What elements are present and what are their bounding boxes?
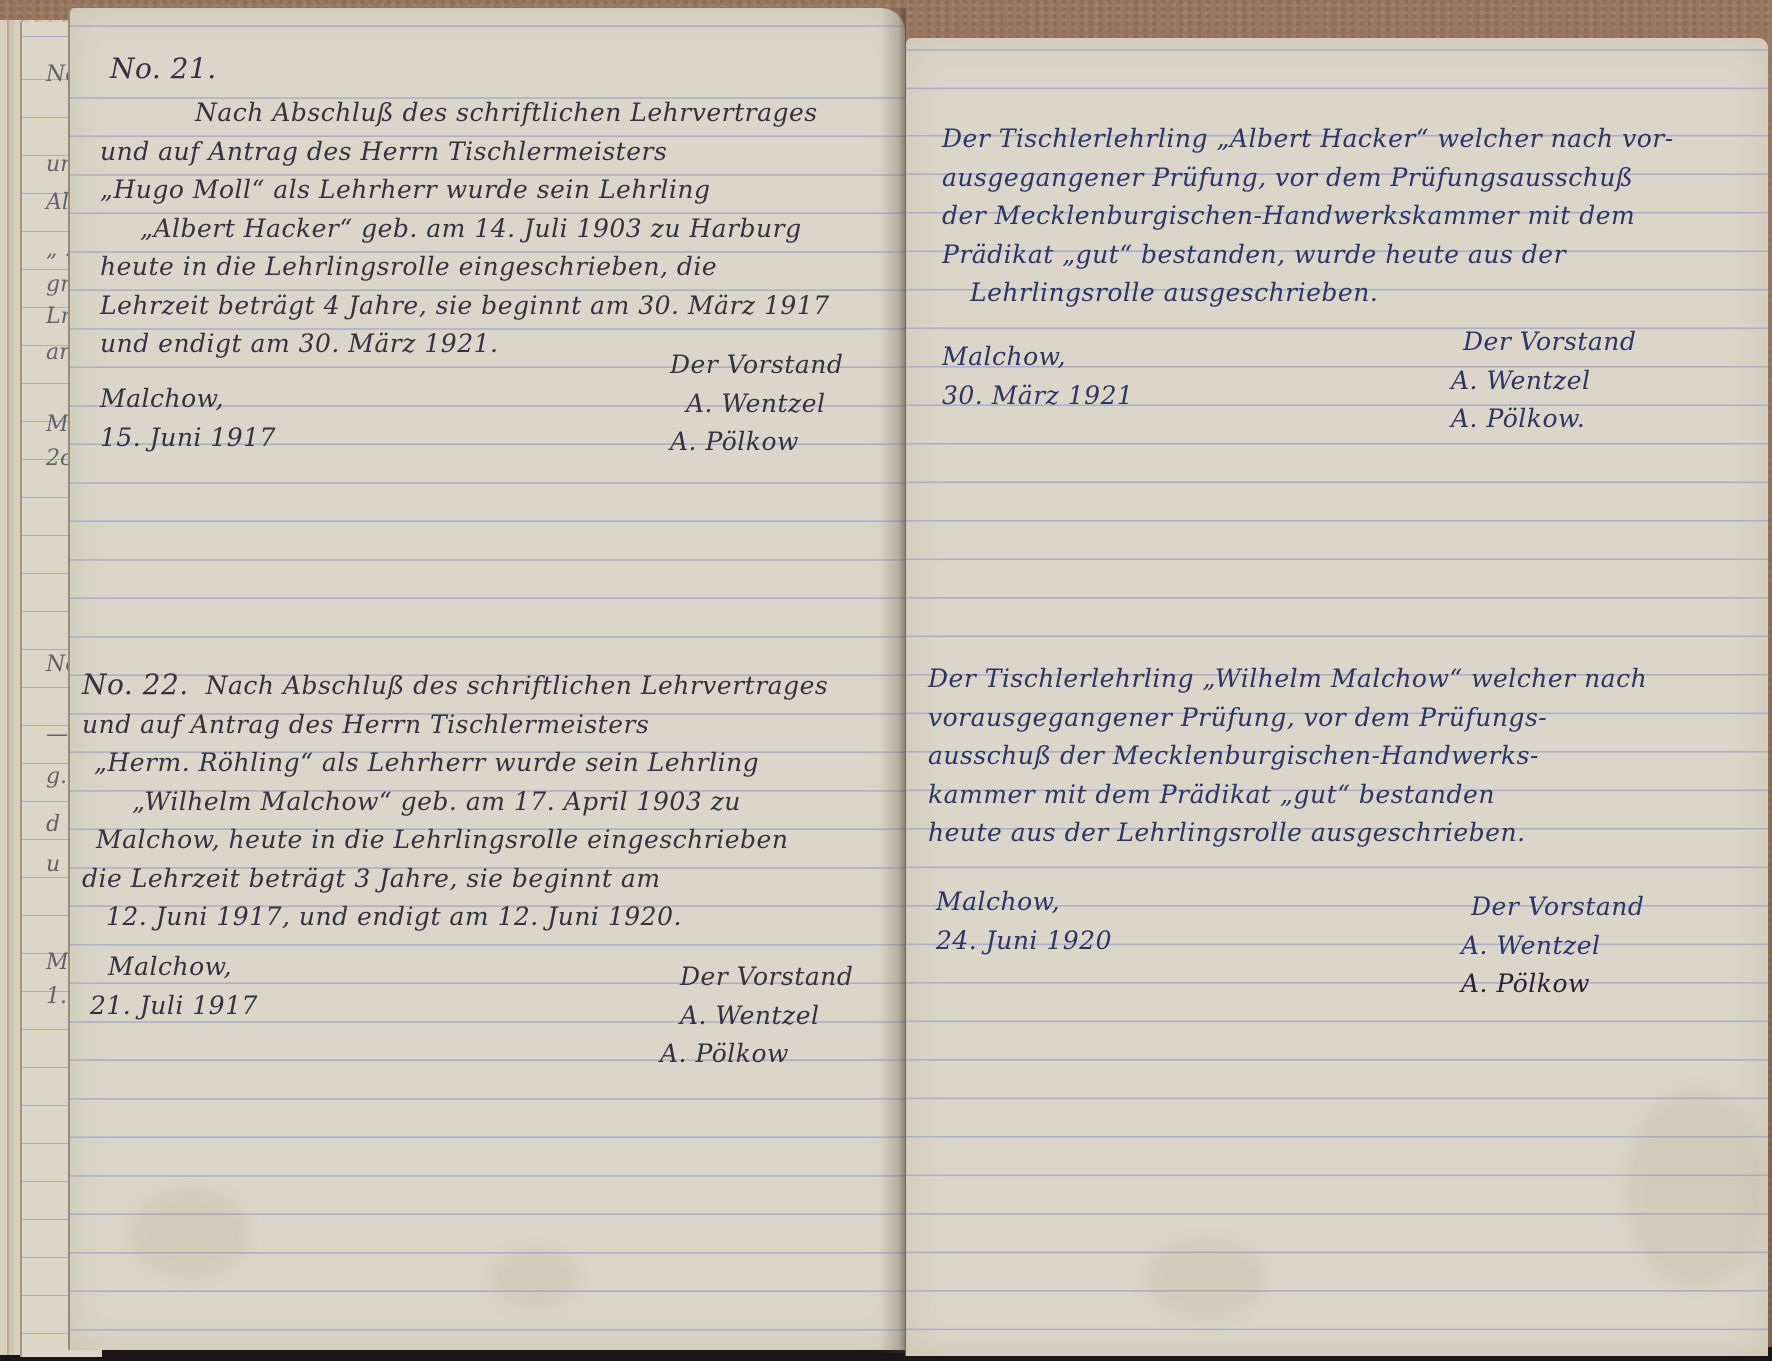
entry-21-place-date: Malchow, 15. Juni 1917 [100, 380, 276, 457]
ghost-mark: gr [46, 272, 71, 297]
body-line: „Herm. Röhling“ als Lehrherr wurde sein … [82, 744, 902, 783]
signature: A. Wentzel [670, 385, 843, 424]
place: Malchow, [90, 948, 258, 987]
body-line: und auf Antrag des Herrn Tischlermeister… [100, 133, 900, 172]
entry-number-22: No. 22. [82, 668, 189, 701]
body-line: ausgegangener Prüfung, vor dem Prüfungsa… [942, 159, 1762, 198]
discharge-entry-hacker-place-date: Malchow, 30. März 1921 [942, 338, 1133, 415]
ghost-mark: d [46, 812, 60, 837]
ghost-mark: g. [46, 764, 67, 789]
right-page: Der Tischlerlehrling „Albert Hacker“ wel… [905, 38, 1768, 1356]
discharge-entry-malchow-body: Der Tischlerlehrling „Wilhelm Malchow“ w… [928, 660, 1758, 853]
body-line: No. 22. Nach Abschluß des schriftlichen … [82, 666, 902, 706]
body-line: Lehrlingsrolle ausgeschrieben. [942, 274, 1762, 313]
place: Malchow, [100, 380, 276, 419]
signature: A. Pölkow [670, 423, 843, 462]
body-line: ausschuß der Mecklenburgischen-Handwerks… [928, 737, 1758, 776]
place: Malchow, [942, 338, 1133, 377]
signature: A. Pölkow [660, 1035, 853, 1074]
entry-21-signatures: Der Vorstand A. Wentzel A. Pölkow [670, 346, 843, 462]
body-line: Nach Abschluß des schriftlichen Lehrvert… [100, 94, 900, 133]
body-line: Malchow, heute in die Lehrlingsrolle ein… [82, 821, 902, 860]
body-line: kammer mit dem Prädikat „gut“ bestanden [928, 776, 1758, 815]
signature-board: Der Vorstand [1461, 888, 1644, 927]
body-line: vorausgegangener Prüfung, vor dem Prüfun… [928, 699, 1758, 738]
date: 24. Juni 1920 [936, 922, 1112, 961]
signature: A. Pölkow [1461, 965, 1644, 1004]
ghost-mark: 1. [46, 984, 67, 1009]
entry-number-21: No. 21. [110, 50, 217, 89]
signature: A. Pölkow. [1451, 400, 1636, 439]
ghost-mark: M [46, 950, 69, 975]
body-line: die Lehrzeit beträgt 3 Jahre, sie beginn… [82, 860, 902, 899]
signature-board: Der Vorstand [670, 346, 843, 385]
body-line: der Mecklenburgischen-Handwerkskammer mi… [942, 197, 1762, 236]
left-page: No. 21. Nach Abschluß des schriftlichen … [68, 8, 905, 1350]
body-line: „Albert Hacker“ geb. am 14. Juli 1903 zu… [100, 210, 900, 249]
ghost-mark: Al [46, 190, 69, 215]
body-line: „Wilhelm Malchow“ geb. am 17. April 1903… [82, 783, 902, 822]
body-line: Prädikat „gut“ bestanden, wurde heute au… [942, 236, 1762, 275]
body-line: heute aus der Lehrlingsrolle ausgeschrie… [928, 814, 1758, 853]
signature: A. Wentzel [1461, 927, 1644, 966]
entry-22-place-date: Malchow, 21. Juli 1917 [90, 948, 258, 1025]
paper-stain [1626, 1088, 1766, 1288]
discharge-entry-malchow-place-date: Malchow, 24. Juni 1920 [936, 883, 1112, 960]
book-gutter [880, 8, 906, 1353]
entry-22-body: No. 22. Nach Abschluß des schriftlichen … [82, 666, 902, 937]
ghost-mark: u [46, 852, 60, 877]
entry-22-signatures: Der Vorstand A. Wentzel A. Pölkow [660, 958, 853, 1074]
body-line: Der Tischlerlehrling „Wilhelm Malchow“ w… [928, 660, 1758, 699]
date: 21. Juli 1917 [90, 987, 258, 1026]
discharge-entry-hacker-body: Der Tischlerlehrling „Albert Hacker“ wel… [942, 120, 1762, 313]
body-line: „Hugo Moll“ als Lehrherr wurde sein Lehr… [100, 171, 900, 210]
ghost-mark: — [46, 722, 68, 747]
date: 30. März 1921 [942, 377, 1133, 416]
entry-21-body: Nach Abschluß des schriftlichen Lehrvert… [100, 94, 900, 364]
paper-stain [130, 1188, 250, 1278]
place: Malchow, [936, 883, 1112, 922]
discharge-entry-malchow-signatures: Der Vorstand A. Wentzel A. Pölkow [1461, 888, 1644, 1004]
body-line: Lehrzeit beträgt 4 Jahre, sie beginnt am… [100, 287, 900, 326]
paper-stain [1146, 1238, 1266, 1318]
signature: A. Wentzel [1451, 362, 1636, 401]
discharge-entry-hacker-signatures: Der Vorstand A. Wentzel A. Pölkow. [1451, 323, 1636, 439]
date: 15. Juni 1917 [100, 419, 276, 458]
body-line: und auf Antrag des Herrn Tischlermeister… [82, 706, 902, 745]
signature: A. Wentzel [660, 997, 853, 1036]
signature-board: Der Vorstand [1451, 323, 1636, 362]
body-line: 12. Juni 1917, und endigt am 12. Juni 19… [82, 898, 902, 937]
signature-board: Der Vorstand [660, 958, 853, 997]
body-line: Der Tischlerlehrling „Albert Hacker“ wel… [942, 120, 1762, 159]
ghost-mark: M [46, 412, 69, 437]
paper-stain [490, 1248, 580, 1308]
body-line: heute in die Lehrlingsrolle eingeschrieb… [100, 248, 900, 287]
